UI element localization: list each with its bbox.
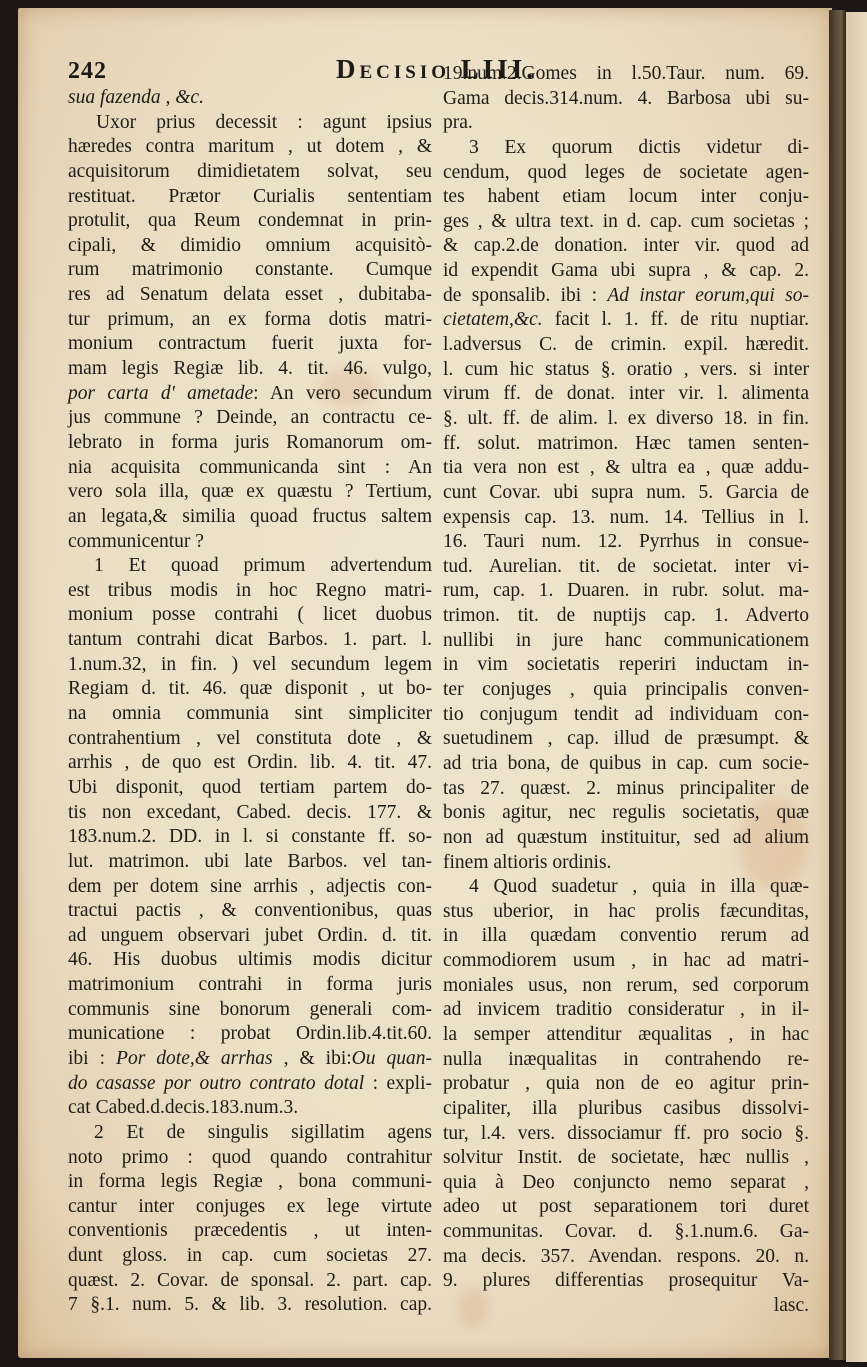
text-run: tur primum, an ex forma dotis matri-: [68, 309, 432, 330]
text-line: hæredes contra maritum , ut dotem , &: [68, 135, 432, 160]
text-run: moniales usus, non rerum, sed corporum: [443, 975, 809, 996]
text-run: Ubi disponit, quod tertiam partem do-: [68, 777, 432, 798]
text-line: lasc.: [443, 1294, 809, 1319]
text-line: cipaliter, illa pluribus casibus dissolv…: [443, 1097, 809, 1122]
italic-text: cietatem,&c.: [443, 309, 543, 330]
text-line: tia vera non est , & ultra ea , quæ addu…: [443, 456, 809, 481]
text-line: arrhis , de quo est Ordin. lib. 4. tit. …: [68, 751, 432, 776]
text-line: cunt Covar. ubi supra num. 5. Garcia de: [443, 481, 809, 506]
text-run: ad invicem traditio consideratur , in il…: [443, 999, 809, 1020]
text-line: tantum contrahi dicat Barbos. 1. part. l…: [68, 628, 432, 653]
text-line: ges , & ultra text. in d. cap. cum socie…: [443, 210, 809, 235]
text-run: arrhis , de quo est Ordin. lib. 4. tit. …: [68, 752, 432, 773]
text-run: cendum, quod leges de societate agen-: [443, 162, 809, 183]
text-run: ibi :: [68, 1048, 116, 1069]
text-run: id expendit Gama ubi supra , & cap. 2.: [443, 260, 809, 281]
text-run: pra.: [443, 112, 473, 133]
text-line: tis non excedant, Cabed. decis. 177. &: [68, 801, 432, 826]
text-run: communitas. Covar. d. §.1.num.6. Ga-: [443, 1221, 809, 1242]
text-run: probatur , quia non de eo agitur prin-: [443, 1073, 809, 1094]
text-run: nullibi in jure hanc communicationem: [443, 630, 809, 651]
text-run: vero sola illa, quæ ex quæstu ? Tertium,: [68, 481, 432, 502]
text-line: monium posse contrahi ( licet duobus: [68, 603, 432, 628]
text-line: dem per dotem sine arrhis , adjectis con…: [68, 875, 432, 900]
text-run: 1 Et quoad primum advertendum: [94, 555, 432, 576]
text-run: finem altioris ordinis.: [443, 852, 611, 873]
text-run: & cap.2.de donation. inter vir. quod ad: [443, 235, 809, 256]
text-run: cantur inter conjuges ex lege virtute: [68, 1196, 432, 1217]
text-line: tes habent etiam locum inter conju-: [443, 185, 809, 210]
text-run: 4 Quod suadetur , quia in illa quæ-: [469, 876, 809, 897]
text-run: ges , & ultra text. in d. cap. cum socie…: [443, 211, 809, 232]
text-line: 4 Quod suadetur , quia in illa quæ-: [443, 875, 809, 900]
text-line: cendum, quod leges de societate agen-: [443, 161, 809, 186]
text-line: 1.num.32, in fin. ) vel secundum legem: [68, 653, 432, 678]
book-gutter: [829, 10, 846, 1360]
text-run: res ad Senatum delata esset , dubitaba-: [68, 284, 432, 305]
text-run: restituat. Prætor Curialis sententiam: [68, 186, 432, 207]
text-line: moniales usus, non rerum, sed corporum: [443, 974, 809, 999]
text-run: Uxor prius decessit : agunt ipsius: [96, 112, 432, 133]
text-run: 16. Tauri num. 12. Pyrrhus in consue-: [443, 531, 809, 552]
text-line: ma decis. 357. Avendan. respons. 20. n.: [443, 1245, 809, 1270]
text-line: non ad quæstum instituitur, sed ad alium: [443, 826, 809, 851]
text-run: 7 §.1. num. 5. & lib. 3. resolution. cap…: [68, 1294, 432, 1315]
text-run: adeo ut post separationem tori duret: [443, 1196, 809, 1217]
text-run: tes habent etiam locum inter conju-: [443, 186, 809, 207]
text-run: municatione : probat Ordin.lib.4.tit.60.: [68, 1023, 432, 1044]
text-run: cipali, & dimidio omnium acquisitò-: [68, 235, 432, 256]
text-run: , & ibi:: [273, 1048, 352, 1069]
text-run: 183.num.2. DD. in l. si constante ff. so…: [68, 826, 432, 847]
text-line: tur primum, an ex forma dotis matri-: [68, 308, 432, 333]
text-line: bonis agitur, nec regulis societatis, qu…: [443, 801, 809, 826]
text-run: na omnia communia sint simpliciter: [68, 703, 432, 724]
text-line: 19.num.2.Gomes in l.50.Taur. num. 69.: [443, 62, 809, 87]
text-run: solvitur Instit. de societate, hæc nulli…: [443, 1147, 809, 1168]
text-line: noto primo : quod quando contrahitur: [68, 1146, 432, 1171]
text-run: : expli-: [364, 1073, 432, 1094]
text-line: 16. Tauri num. 12. Pyrrhus in consue-: [443, 530, 809, 555]
text-line: 183.num.2. DD. in l. si constante ff. so…: [68, 825, 432, 850]
text-line: vero sola illa, quæ ex quæstu ? Tertium,: [68, 480, 432, 505]
text-run: in forma legis Regiæ , bona communi-: [68, 1171, 432, 1192]
text-run: stus uberior, in hac prolis fæcunditas,: [443, 901, 809, 922]
text-line: probatur , quia non de eo agitur prin-: [443, 1072, 809, 1097]
text-run: tantum contrahi dicat Barbos. 1. part. l…: [68, 629, 432, 650]
text-run: 46. His duobus ultimis modis dicitur: [68, 949, 432, 970]
text-run: ad unguem observari jubet Ordin. d. tit.: [68, 925, 432, 946]
text-run: facit l. 1. ff. de ritu nuptiar.: [543, 309, 809, 330]
text-line: solvitur Instit. de societate, hæc nulli…: [443, 1146, 809, 1171]
text-run: rum matrimonio constante. Cumque: [68, 259, 432, 280]
text-run: tractui pactis , & conventionibus, quas: [68, 900, 432, 921]
text-line: 1 Et quoad primum advertendum: [68, 554, 432, 579]
text-run: jus commune ? Deinde, an contractu ce-: [68, 407, 432, 428]
text-run: de sponsalib. ibi :: [443, 285, 607, 306]
text-line: cipali, & dimidio omnium acquisitò-: [68, 234, 432, 259]
text-line: municatione : probat Ordin.lib.4.tit.60.: [68, 1022, 432, 1047]
text-run: lebrato in forma juris Romanorum om-: [68, 432, 432, 453]
text-run: communis sine bonorum generali com-: [68, 999, 432, 1020]
text-line: in illa quædam conventio rerum ad: [443, 924, 809, 949]
text-run: in vim societatis reperiri inductam in-: [443, 654, 809, 675]
text-run: tio conjugum tendit ad individuam con-: [443, 704, 809, 725]
italic-text: por carta d' ametade: [68, 383, 253, 404]
text-line: id expendit Gama ubi supra , & cap. 2.: [443, 259, 809, 284]
italic-text: Ad instar eorum,qui so-: [607, 285, 809, 306]
text-run: la semper attenditur æqualitas , in hac: [443, 1024, 809, 1045]
text-line: lut. matrimon. ubi late Barbos. vel tan-: [68, 850, 432, 875]
text-line: virum ff. de donat. inter vir. l. alimen…: [443, 382, 809, 407]
text-line: matrimonium contrahi in forma juris: [68, 973, 432, 998]
text-run: tur, l.4. vers. dissociamur ff. pro soci…: [443, 1123, 809, 1144]
text-line: stus uberior, in hac prolis fæcunditas,: [443, 900, 809, 925]
text-line: in forma legis Regiæ , bona communi-: [68, 1170, 432, 1195]
text-run: communicentur ?: [68, 531, 204, 552]
text-line: cietatem,&c. facit l. 1. ff. de ritu nup…: [443, 308, 809, 333]
text-line: pra.: [443, 111, 809, 136]
text-line: de sponsalib. ibi : Ad instar eorum,qui …: [443, 284, 809, 309]
text-line: quæst. 2. Covar. de sponsal. 2. part. ca…: [68, 1269, 432, 1294]
text-line: tur, l.4. vers. dissociamur ff. pro soci…: [443, 1122, 809, 1147]
text-line: restituat. Prætor Curialis sententiam: [68, 185, 432, 210]
text-line: ad tria bona, de quibus in cap. cum soci…: [443, 752, 809, 777]
text-line: tractui pactis , & conventionibus, quas: [68, 899, 432, 924]
right-text-column: 19.num.2.Gomes in l.50.Taur. num. 69.Gam…: [443, 62, 809, 1319]
text-line: & cap.2.de donation. inter vir. quod ad: [443, 234, 809, 259]
text-line: Uxor prius decessit : agunt ipsius: [68, 111, 432, 136]
text-line: tio conjugum tendit ad individuam con-: [443, 703, 809, 728]
italic-text: do casasse por outro contrato dotal: [68, 1073, 364, 1094]
text-run: nulla inæqualitas in contrahendo re-: [443, 1049, 809, 1070]
text-run: cat Cabed.d.decis.183.num.3.: [68, 1097, 298, 1118]
text-run: noto primo : quod quando contrahitur: [68, 1147, 432, 1168]
text-run: conventionis præcedentis , ut inten-: [68, 1220, 432, 1241]
text-run: ma decis. 357. Avendan. respons. 20. n.: [443, 1246, 809, 1267]
text-run: trimon. tit. de nuptijs cap. 1. Adverto: [443, 605, 809, 626]
text-line: Gama decis.314.num. 4. Barbosa ubi su-: [443, 87, 809, 112]
italic-text: Ou quan-: [352, 1048, 432, 1069]
facing-page-edge: [846, 12, 867, 1362]
text-line: ad unguem observari jubet Ordin. d. tit.: [68, 924, 432, 949]
text-line: ff. solut. matrimon. Hæc tamen senten-: [443, 432, 809, 457]
text-run: ter conjuges , quia principalis conven-: [443, 679, 809, 700]
text-run: 19.num.2.Gomes in l.50.Taur. num. 69.: [443, 63, 809, 84]
text-line: l.adversus C. de crimin. expil. hæredit.: [443, 333, 809, 358]
text-run: bonis agitur, nec regulis societatis, qu…: [443, 802, 809, 823]
text-line: mam legis Regiæ lib. 4. tit. 46. vulgo,: [68, 357, 432, 382]
text-line: ibi : Por dote,& arrhas , & ibi:Ou quan-: [68, 1047, 432, 1072]
text-line: cat Cabed.d.decis.183.num.3.: [68, 1096, 432, 1121]
text-line: dunt gloss. in cap. cum societas 27.: [68, 1244, 432, 1269]
text-run: tis non excedant, Cabed. decis. 177. &: [68, 802, 432, 823]
text-run: l. cum hic status §. oratio , vers. si i…: [443, 359, 809, 380]
page-number: 242: [68, 58, 107, 85]
text-line: lebrato in forma juris Romanorum om-: [68, 431, 432, 456]
text-run: cunt Covar. ubi supra num. 5. Garcia de: [443, 482, 809, 503]
text-line: res ad Senatum delata esset , dubitaba-: [68, 283, 432, 308]
text-line: cantur inter conjuges ex lege virtute: [68, 1195, 432, 1220]
text-line: 2 Et de singulis sigillatim agens: [68, 1121, 432, 1146]
text-line: finem altioris ordinis.: [443, 851, 809, 876]
text-run: lasc.: [774, 1295, 809, 1316]
text-run: mam legis Regiæ lib. 4. tit. 46. vulgo,: [68, 358, 432, 379]
text-run: quæst. 2. Covar. de sponsal. 2. part. ca…: [68, 1270, 432, 1291]
text-run: tas 27. quæst. 2. minus principaliter de: [443, 778, 809, 799]
text-run: 1.num.32, in fin. ) vel secundum legem: [68, 654, 432, 675]
text-run: expensis cap. 13. num. 14. Tellius in l.: [443, 507, 809, 528]
text-line: conventionis præcedentis , ut inten-: [68, 1219, 432, 1244]
text-line: nulla inæqualitas in contrahendo re-: [443, 1048, 809, 1073]
text-line: trimon. tit. de nuptijs cap. 1. Adverto: [443, 604, 809, 629]
text-run: quia à Deo conjuncto nemo separat ,: [443, 1172, 809, 1193]
text-run: tia vera non est , & ultra ea , quæ addu…: [443, 457, 809, 478]
text-run: non ad quæstum instituitur, sed ad alium: [443, 827, 809, 848]
text-run: in illa quædam conventio rerum ad: [443, 925, 809, 946]
text-run: Gama decis.314.num. 4. Barbosa ubi su-: [443, 88, 809, 109]
left-text-column: sua fazenda , &c.Uxor prius decessit : a…: [68, 86, 432, 1318]
text-line: la semper attenditur æqualitas , in hac: [443, 1023, 809, 1048]
text-line: jus commune ? Deinde, an contractu ce-: [68, 406, 432, 431]
text-run: est tribus modis in hoc Regno matri-: [68, 580, 432, 601]
text-run: commodiorem usum , in hac ad matri-: [443, 950, 809, 971]
text-run: 2 Et de singulis sigillatim agens: [94, 1122, 432, 1143]
text-line: communitas. Covar. d. §.1.num.6. Ga-: [443, 1220, 809, 1245]
text-run: lut. matrimon. ubi late Barbos. vel tan-: [68, 851, 432, 872]
text-line: Ubi disponit, quod tertiam partem do-: [68, 776, 432, 801]
text-run: dem per dotem sine arrhis , adjectis con…: [68, 876, 432, 897]
text-line: por carta d' ametade: An vero secundum: [68, 382, 432, 407]
text-run: tud. Aurelian. tit. de societat. inter v…: [443, 556, 809, 577]
text-line: rum matrimonio constante. Cumque: [68, 258, 432, 283]
text-line: acquisitorum dimidietatem solvat, seu: [68, 160, 432, 185]
text-run: cipaliter, illa pluribus casibus dissolv…: [443, 1098, 809, 1119]
text-run: monium posse contrahi ( licet duobus: [68, 604, 432, 625]
text-run: ad tria bona, de quibus in cap. cum soci…: [443, 753, 809, 774]
text-run: l.adversus C. de crimin. expil. hæredit.: [443, 334, 809, 355]
text-run: §. ult. ff. de alim. l. ex diverso 18. i…: [443, 408, 809, 429]
text-run: Regiam d. tit. 46. quæ disponit , ut bo-: [68, 678, 432, 699]
text-line: tas 27. quæst. 2. minus principaliter de: [443, 777, 809, 802]
text-line: nullibi in jure hanc communicationem: [443, 629, 809, 654]
text-line: contrahentium , vel constituta dote , &: [68, 727, 432, 752]
text-run: monium contractum fuerit juxta for-: [68, 333, 432, 354]
text-line: 7 §.1. num. 5. & lib. 3. resolution. cap…: [68, 1293, 432, 1318]
text-line: do casasse por outro contrato dotal : ex…: [68, 1072, 432, 1097]
text-line: na omnia communia sint simpliciter: [68, 702, 432, 727]
text-line: communis sine bonorum generali com-: [68, 998, 432, 1023]
text-run: matrimonium contrahi in forma juris: [68, 974, 432, 995]
text-line: quia à Deo conjuncto nemo separat ,: [443, 1171, 809, 1196]
italic-text: sua fazenda , &c.: [68, 87, 204, 108]
text-run: suetudinem , cap. illud de præsumpt. &: [443, 728, 809, 749]
text-line: 46. His duobus ultimis modis dicitur: [68, 948, 432, 973]
italic-text: Por dote,& arrhas: [116, 1048, 273, 1069]
text-run: hæredes contra maritum , ut dotem , &: [68, 136, 432, 157]
text-run: acquisitorum dimidietatem solvat, seu: [68, 161, 432, 182]
text-run: 3 Ex quorum dictis videtur di-: [469, 137, 809, 158]
text-line: Regiam d. tit. 46. quæ disponit , ut bo-: [68, 677, 432, 702]
text-line: adeo ut post separationem tori duret: [443, 1195, 809, 1220]
text-run: protulit, qua Reum condemnat in prin-: [68, 210, 432, 231]
text-line: expensis cap. 13. num. 14. Tellius in l.: [443, 506, 809, 531]
text-line: commodiorem usum , in hac ad matri-: [443, 949, 809, 974]
text-run: dunt gloss. in cap. cum societas 27.: [68, 1245, 432, 1266]
text-line: 9. plures differentias prosequitur Va-: [443, 1269, 809, 1294]
text-run: : An vero secundum: [253, 383, 432, 404]
text-line: 3 Ex quorum dictis videtur di-: [443, 136, 809, 161]
text-line: tud. Aurelian. tit. de societat. inter v…: [443, 555, 809, 580]
text-run: contrahentium , vel constituta dote , &: [68, 728, 432, 749]
text-line: suetudinem , cap. illud de præsumpt. &: [443, 727, 809, 752]
text-line: an legata,& similia quoad fructus saltem: [68, 505, 432, 530]
text-line: ad invicem traditio consideratur , in il…: [443, 998, 809, 1023]
text-line: §. ult. ff. de alim. l. ex diverso 18. i…: [443, 407, 809, 432]
text-line: l. cum hic status §. oratio , vers. si i…: [443, 358, 809, 383]
text-run: virum ff. de donat. inter vir. l. alimen…: [443, 383, 809, 404]
text-line: protulit, qua Reum condemnat in prin-: [68, 209, 432, 234]
text-line: est tribus modis in hoc Regno matri-: [68, 579, 432, 604]
text-line: communicentur ?: [68, 530, 432, 555]
text-line: nia acquisita communicanda sint : An: [68, 456, 432, 481]
text-run: ff. solut. matrimon. Hæc tamen senten-: [443, 433, 809, 454]
text-line: monium contractum fuerit juxta for-: [68, 332, 432, 357]
text-run: rum, cap. 1. Duaren. in rubr. solut. ma-: [443, 580, 809, 601]
text-line: sua fazenda , &c.: [68, 86, 432, 111]
text-run: nia acquisita communicanda sint : An: [68, 457, 432, 478]
text-line: ter conjuges , quia principalis conven-: [443, 678, 809, 703]
text-line: rum, cap. 1. Duaren. in rubr. solut. ma-: [443, 579, 809, 604]
text-run: 9. plures differentias prosequitur Va-: [443, 1270, 809, 1291]
text-line: in vim societatis reperiri inductam in-: [443, 653, 809, 678]
text-run: an legata,& similia quoad fructus saltem: [68, 506, 432, 527]
